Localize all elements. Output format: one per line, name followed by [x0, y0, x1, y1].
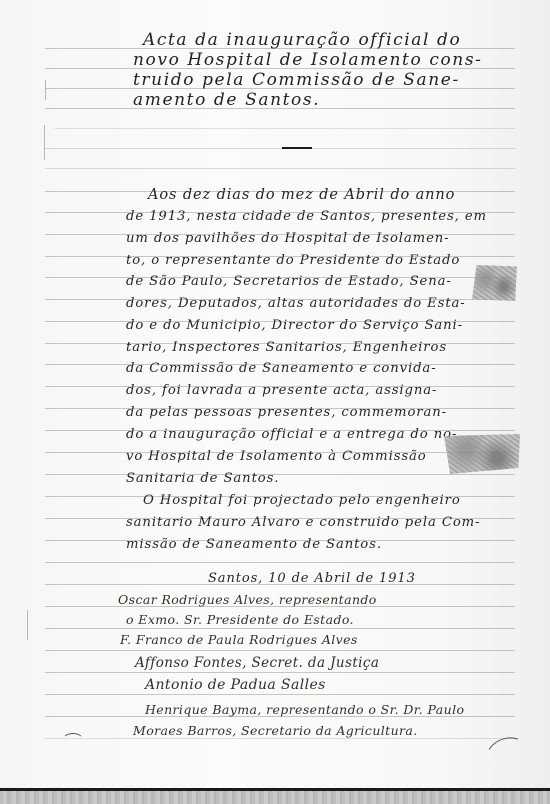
body-line: do e do Municipio, Director do Serviço S… — [126, 318, 550, 333]
body-line: de 1913, nesta cidade de Santos, present… — [126, 209, 550, 224]
margin-mark — [44, 125, 45, 160]
signature-line: o Exmo. Sr. Presidente do Estado. — [126, 612, 550, 627]
body-line: da pelas pessoas presentes, commemoran- — [126, 405, 550, 420]
body-line: dos, foi lavrada a presente acta, assign… — [126, 383, 550, 398]
body-line: da Commissão de Saneamento e convida- — [126, 361, 550, 376]
margin-mark — [45, 80, 46, 100]
body-line: tario, Inspectores Sanitarios, Engenheir… — [126, 340, 550, 355]
separator-dash — [282, 147, 312, 149]
body-line: missão de Saneamento de Santos. — [126, 537, 550, 552]
signature-line: Antonio de Padua Salles — [145, 677, 550, 693]
pen-mark — [62, 733, 84, 749]
body-line: um dos pavilhões do Hospital de Isolamen… — [126, 231, 550, 246]
scan-edge-strip — [0, 791, 550, 804]
margin-mark — [27, 610, 28, 640]
signature-line: Oscar Rodrigues Alves, representando — [118, 592, 550, 607]
title-line: Acta da inauguração official do — [143, 30, 550, 50]
body-line: Sanitaria de Santos. — [126, 471, 550, 486]
body-line: O Hospital foi projectado pelo engenheir… — [143, 493, 550, 508]
place-date: Santos, 10 de Abril de 1913 — [208, 571, 550, 586]
signature-line: Moraes Barros, Secretario da Agricultura… — [133, 723, 550, 738]
body-line: sanitario Mauro Alvaro e construido pela… — [126, 515, 550, 530]
fiscal-stamp — [444, 434, 520, 474]
title-line: novo Hospital de Isolamento cons- — [133, 50, 550, 70]
signature-line: F. Franco de Paula Rodrigues Alves — [120, 632, 550, 647]
fiscal-stamp — [472, 265, 517, 301]
document-page: Acta da inauguração official do novo Hos… — [0, 0, 550, 790]
body-line: Aos dez dias do mez de Abril do anno — [148, 187, 550, 203]
title-line: truido pela Commissão de Sane- — [133, 70, 550, 90]
signature-line: Affonso Fontes, Secret. da Justiça — [135, 655, 550, 671]
signature-line: Henrique Bayma, representando o Sr. Dr. … — [145, 702, 550, 717]
title-line: amento de Santos. — [133, 90, 550, 110]
